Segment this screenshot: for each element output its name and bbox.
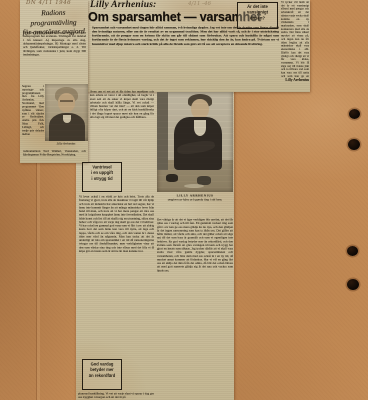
handwritten-date-note: DN 4/11 1946 [26, 0, 71, 6]
portrait-photo [45, 84, 88, 141]
callout-bottom-line2: betyder mer [90, 368, 113, 373]
binder-hole [347, 279, 359, 290]
right-column-text-inner: Vi tycker väl ändå att det är ett vansin… [281, 1, 309, 78]
callout-box-bottom: God vardag betyder mer än rekordfärd [82, 359, 122, 390]
scrapbook-page: DN 4/11 1946 Radions programtävling för … [0, 0, 368, 400]
left-clipping-body: Sveriges Radios amatörtävling i konsten … [23, 31, 86, 83]
callout-box-top-text: Är det inte vansinnigt dösen? [238, 3, 277, 21]
callout-mid-line1: Vantrivsel [92, 165, 111, 170]
right-column-text: Vi tycker väl ändå att det är ett vansin… [281, 1, 309, 78]
callout-box-top: Är det inte vansinnigt dösen? [237, 2, 278, 29]
callout-top-line1: Är det inte [247, 4, 268, 9]
column-b-text: Det viktiga är att det vi äger verkligen… [157, 218, 233, 400]
binder-hole [349, 109, 360, 119]
photo-caption-rest: omgiven av kära och gamla ting i sitt he… [168, 198, 223, 202]
article-photo-caption: LILLY ARRHENIUS omgiven av kära och gaml… [155, 194, 235, 217]
article-photo-caption-inner: LILLY ARRHENIUS omgiven av kära och gaml… [155, 194, 235, 202]
left-headline-line1: Radions programtävling [30, 8, 76, 27]
column-a-text-1-inner: Även om vi vet att vi för tiden har mask… [90, 90, 154, 119]
column-a-text-2: Vi lever också i en värld av kris och br… [79, 195, 154, 357]
column-a-text-1: Även om vi vet att vi för tiden har mask… [90, 90, 154, 160]
page-crease-highlight [37, 160, 40, 400]
left-photo-caption: Lilly Arrhenius [43, 142, 89, 149]
photo-halftone [45, 84, 88, 141]
column-a-text-3: planerad hushållning. Vi vet att varje s… [78, 392, 154, 400]
photo-caption-name: LILLY ARRHENIUS [177, 194, 214, 198]
column-a-text-2-inner: Vi lever också i en värld av kris och br… [79, 195, 154, 253]
intro-paragraph-text: Sparsamhet och varsamhet med tingen hör … [92, 26, 279, 46]
article-headline: Om sparsamhet — varsamhet [88, 10, 261, 24]
left-photo-caption-text: Lilly Arrhenius [43, 142, 89, 146]
binder-hole [348, 139, 360, 150]
callout-box-bottom-text: God vardag betyder mer än rekordfärd [83, 360, 121, 379]
article-photo [157, 92, 233, 192]
photo-halftone [157, 92, 233, 192]
callout-top-line3: dösen? [250, 15, 265, 20]
left-clipping-wrap-text-inner: Segrare i reportage- och programklassen … [22, 85, 44, 136]
column-b-text-inner: Det viktiga är att det vi äger verkligen… [157, 218, 233, 272]
author-signature: Lilly Arrhenius [256, 78, 309, 87]
binder-hole [347, 246, 358, 256]
intro-paragraph: Sparsamhet och varsamhet med tingen hör … [92, 26, 279, 87]
author-signature-text: Lilly Arrhenius [256, 78, 309, 82]
callout-mid-line2: i en uppgift [91, 171, 113, 176]
column-a-text-3-inner: planerad hushållning. Vi vet att varje s… [78, 392, 154, 399]
pencil-date-note: 4/11 -46 [188, 1, 211, 7]
callout-bottom-line3: än rekordfärd [89, 373, 115, 378]
left-clipping-body-text: Sveriges Radios amatörtävling i konsten … [23, 31, 86, 57]
callout-mid-line3: i otrygg tid [91, 176, 112, 181]
callout-top-line2: vansinnigt [247, 10, 268, 15]
callout-bottom-line1: God vardag [91, 362, 114, 367]
article-kicker: Lilly Arrhenius: [90, 0, 156, 10]
left-clipping-body-below: radioamatören Tord Wahlert, Vasastaden, … [23, 150, 86, 163]
callout-box-middle: Vantrivsel i en uppgift i otrygg tid [82, 162, 122, 192]
left-clipping-body-below-text: radioamatören Tord Wahlert, Vasastaden, … [23, 150, 86, 157]
callout-box-middle-text: Vantrivsel i en uppgift i otrygg tid [83, 163, 121, 182]
left-clipping-wrap-text: Segrare i reportage- och programklassen … [22, 85, 44, 141]
